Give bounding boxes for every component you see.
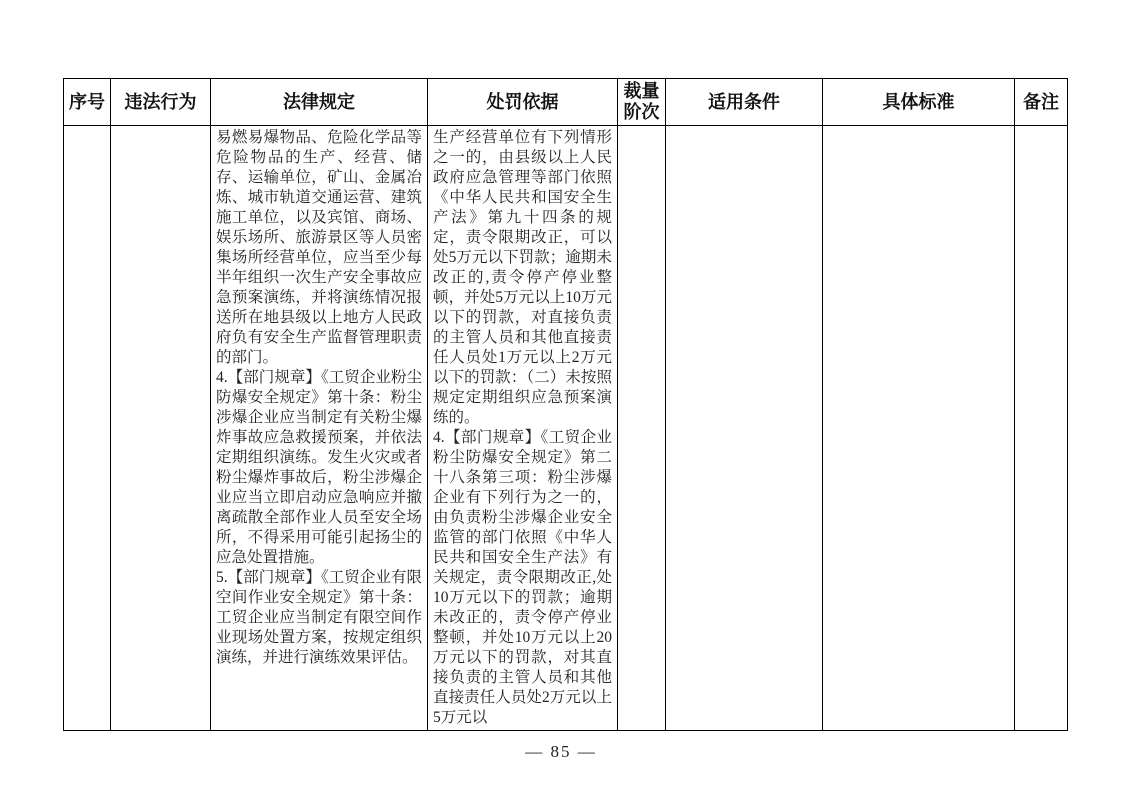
table-row: 易燃易爆物品、危险化学品等危险物品的生产、经营、储存、运输单位，矿山、金属冶炼、… — [64, 126, 1068, 731]
header-specific-standards: 具体标准 — [823, 79, 1015, 126]
cell-legal-provision: 易燃易爆物品、危险化学品等危险物品的生产、经营、储存、运输单位，矿山、金属冶炼、… — [211, 126, 428, 731]
header-remarks: 备注 — [1015, 79, 1068, 126]
cell-applicable-conditions — [666, 126, 823, 731]
cell-remarks — [1015, 126, 1068, 731]
document-page: 序号 违法行为 法律规定 处罚依据 裁量阶次 适用条件 具体标准 备注 易燃易爆… — [0, 0, 1122, 793]
table-header-row: 序号 违法行为 法律规定 处罚依据 裁量阶次 适用条件 具体标准 备注 — [64, 79, 1068, 126]
cell-serial-number — [64, 126, 111, 731]
cell-illegal-act — [111, 126, 211, 731]
page-number: — 85 — — [0, 742, 1122, 762]
cell-specific-standards — [823, 126, 1015, 731]
header-illegal-act: 违法行为 — [111, 79, 211, 126]
header-discretion-stage: 裁量阶次 — [618, 79, 666, 126]
header-legal-provision: 法律规定 — [211, 79, 428, 126]
cell-penalty-basis: 生产经营单位有下列情形之一的，由县级以上人民政府应急管理等部门依照《中华人民共和… — [428, 126, 618, 731]
penalty-standards-table: 序号 违法行为 法律规定 处罚依据 裁量阶次 适用条件 具体标准 备注 易燃易爆… — [63, 78, 1068, 731]
header-penalty-basis: 处罚依据 — [428, 79, 618, 126]
header-applicable-conditions: 适用条件 — [666, 79, 823, 126]
cell-discretion-stage — [618, 126, 666, 731]
header-serial-number: 序号 — [64, 79, 111, 126]
